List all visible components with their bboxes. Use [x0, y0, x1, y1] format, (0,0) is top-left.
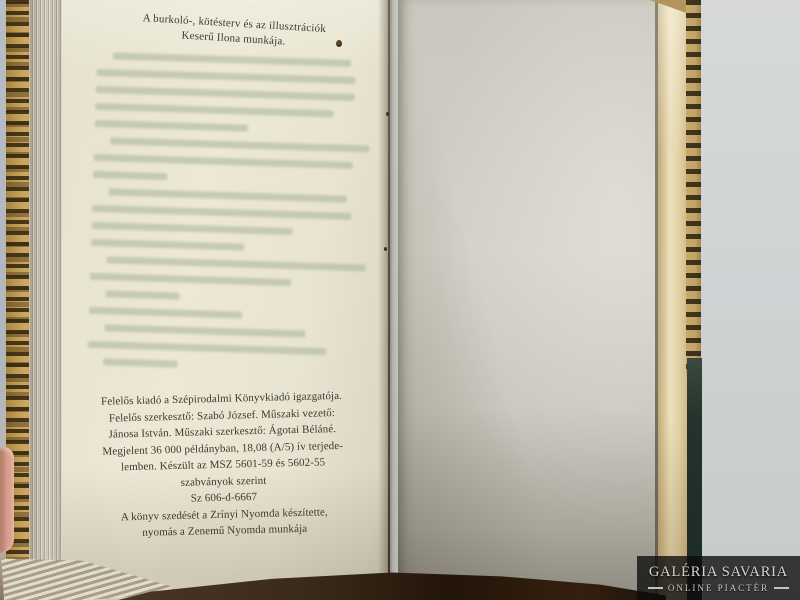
bleedthrough-line [91, 239, 244, 251]
bleedthrough-line [92, 222, 293, 235]
watermark-subtitle-row: ONLINE PIACTÉR [648, 583, 789, 593]
bleedthrough-line [96, 69, 355, 84]
bleedthrough-line [88, 341, 326, 355]
watermark-title: GALÉRIA SAVARIA [649, 564, 788, 581]
bleedthrough-line [89, 307, 242, 319]
bleedthrough-line [92, 205, 351, 220]
bleedthrough-line [96, 86, 355, 101]
fore-edge-pages [658, 0, 689, 600]
bleedthrough-line [105, 290, 179, 299]
colophon-block: Felelős kiadó a Szépirodalmi Könyvkiadó … [90, 388, 356, 543]
bleedthrough-line [103, 358, 177, 367]
left-page: A burkoló-, kötésterv és az illusztráció… [62, 0, 390, 600]
top-note: A burkoló-, kötésterv és az illusztráció… [122, 10, 345, 53]
page-stack-left [29, 0, 65, 600]
book-photo: A burkoló-, kötésterv és az illusztráció… [0, 0, 800, 600]
gutter-fold-line [388, 0, 390, 600]
bleedthrough-text-area [87, 52, 361, 383]
watermark-dash-left [648, 587, 663, 589]
bleedthrough-line [95, 103, 333, 117]
bleedthrough-line [110, 137, 369, 152]
bleedthrough-line [93, 171, 167, 180]
bleedthrough-line [104, 324, 305, 337]
watermark-overlay: GALÉRIA SAVARIA ONLINE PIACTÉR [637, 556, 800, 600]
watermark-subtitle: ONLINE PIACTÉR [668, 583, 769, 593]
right-page [398, 0, 657, 600]
watermark-dash-right [774, 587, 789, 589]
bleedthrough-line [109, 188, 347, 202]
bleedthrough-line [95, 120, 248, 132]
bleedthrough-line [113, 52, 351, 66]
bleedthrough-line [94, 154, 353, 169]
ink-dot [336, 40, 342, 47]
page-block-edge-right [686, 0, 701, 376]
paper-speck [386, 112, 389, 116]
bleedthrough-line [107, 256, 366, 271]
bleedthrough-line [90, 273, 291, 286]
paper-speck [384, 247, 387, 251]
fingertip [0, 447, 14, 553]
